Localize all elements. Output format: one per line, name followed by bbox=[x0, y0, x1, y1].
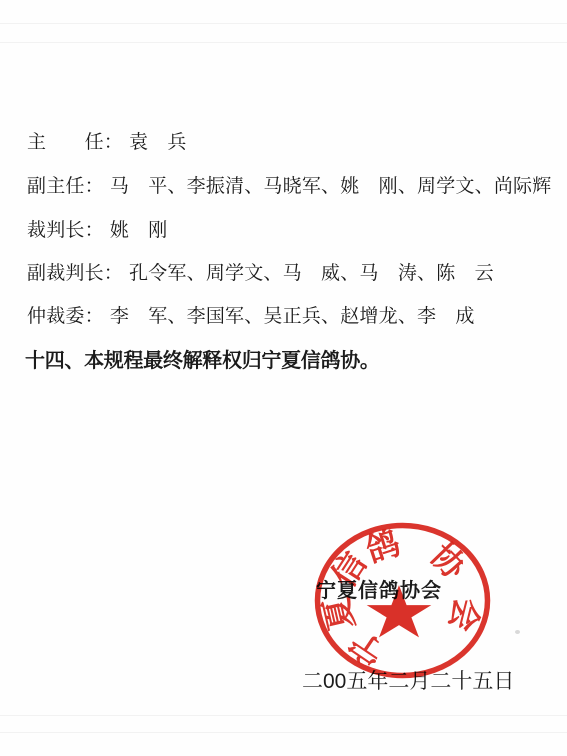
roster-line-deputy-referees: 副裁判长：孔令军、周学文、马 威、马 涛、陈 云 bbox=[27, 264, 494, 283]
roster-names: 姚 刚 bbox=[110, 220, 168, 241]
roster-line-arbitration-committee: 仲裁委：李 军、李国军、吴正兵、赵增龙、李 成 bbox=[27, 307, 475, 326]
scan-artifact-line bbox=[0, 715, 567, 716]
roster-names: 孔令军、周学文、马 威、马 涛、陈 云 bbox=[129, 263, 494, 284]
roster-label: 仲裁委： bbox=[27, 306, 104, 327]
official-red-seal: 宁 夏 信 鸽 协 会 bbox=[0, 0, 567, 756]
roster-names: 李 军、李国军、吴正兵、赵增龙、李 成 bbox=[110, 306, 475, 327]
roster-label: 主 任： bbox=[27, 132, 123, 153]
scanned-document-page: 主 任：袁 兵 副主任：马 平、李振清、马晓军、姚 刚、周学文、尚际辉 裁判长：… bbox=[0, 0, 567, 756]
document-date-text: 二00五年二月二十五日 bbox=[302, 671, 514, 692]
roster-line-deputy-directors: 副主任：马 平、李振清、马晓军、姚 刚、周学文、尚际辉 bbox=[27, 177, 551, 196]
organization-name-text: 宁夏信鸽协会 bbox=[316, 581, 442, 601]
roster-label: 副裁判长： bbox=[27, 263, 123, 284]
scan-artifact-line bbox=[0, 42, 567, 43]
roster-line-chief-referee: 裁判长：姚 刚 bbox=[27, 221, 167, 240]
scan-artifact-line bbox=[0, 732, 567, 733]
roster-line-director: 主 任：袁 兵 bbox=[27, 133, 187, 152]
seal-ring-char: 宁 bbox=[342, 623, 390, 672]
roster-label: 裁判长： bbox=[27, 220, 104, 241]
seal-ring-char: 鸽 bbox=[362, 524, 405, 569]
scan-artifact-dot bbox=[515, 630, 520, 634]
seal-ring-char: 会 bbox=[443, 594, 487, 635]
seal-ring-char: 协 bbox=[424, 536, 474, 586]
roster-names: 袁 兵 bbox=[129, 132, 187, 153]
scan-artifact-line bbox=[0, 23, 567, 24]
roster-label: 副主任： bbox=[27, 176, 104, 197]
roster-names: 马 平、李振清、马晓军、姚 刚、周学文、尚际辉 bbox=[110, 176, 552, 197]
final-interpretation-clause: 十四、本规程最终解释权归宁夏信鸽协。 bbox=[25, 351, 380, 371]
